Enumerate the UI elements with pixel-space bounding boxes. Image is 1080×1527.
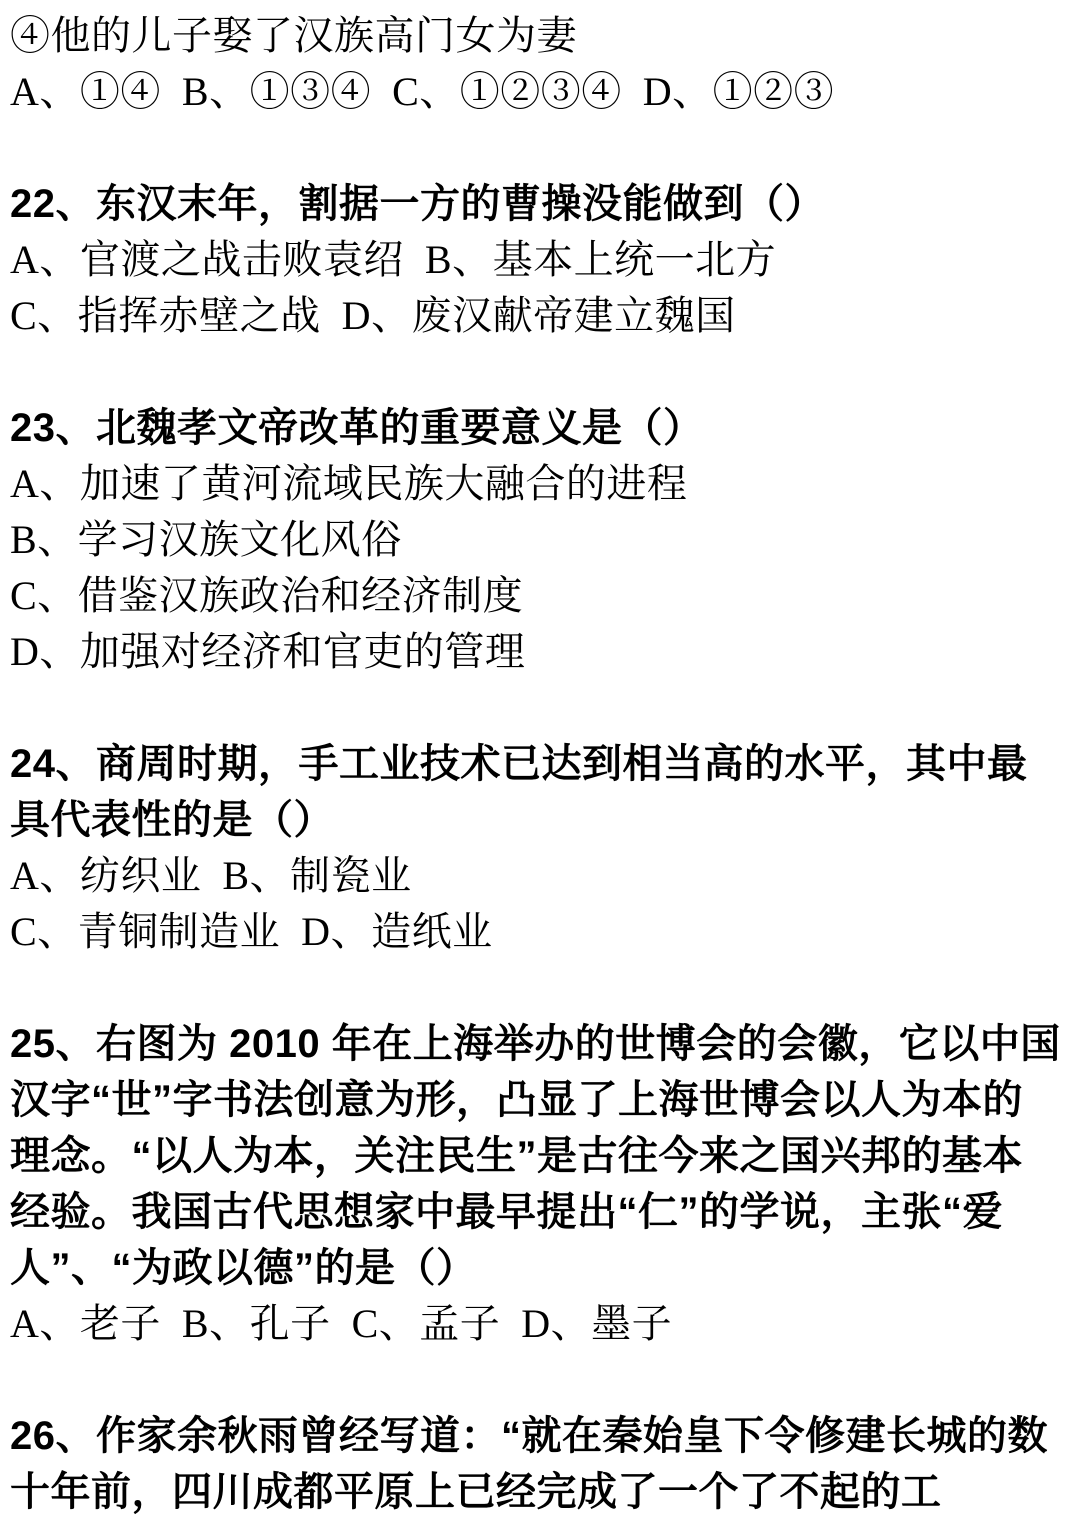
question-stem-line: ④他的儿子娶了汉族高门女为妻 — [10, 8, 1074, 64]
question-stem-line: 人”、“为政以德”的是（） — [10, 1240, 1074, 1296]
question-stem-line: 23、北魏孝文帝改革的重要意义是（） — [10, 400, 1074, 456]
question-26: 26、作家余秋雨曾经写道：“就在秦始皇下令修建长城的数 十年前，四川成都平原上已… — [10, 1408, 1074, 1520]
question-23: 23、北魏孝文帝改革的重要意义是（） A、加速了黄河流域民族大融合的进程 B、学… — [10, 400, 1074, 680]
question-stem-line: 25、右图为 2010 年在上海举办的世博会的会徽，它以中国 — [10, 1016, 1074, 1072]
question-21-tail: ④他的儿子娶了汉族高门女为妻 A、①④ B、①③④ C、①②③④ D、①②③ — [10, 8, 1074, 120]
question-options-line: A、①④ B、①③④ C、①②③④ D、①②③ — [10, 64, 1074, 120]
exam-document: ④他的儿子娶了汉族高门女为妻 A、①④ B、①③④ C、①②③④ D、①②③ 2… — [10, 8, 1074, 1520]
question-25: 25、右图为 2010 年在上海举办的世博会的会徽，它以中国 汉字“世”字书法创… — [10, 1016, 1074, 1352]
question-options-line: A、官渡之战击败袁绍 B、基本上统一北方 — [10, 232, 1074, 288]
question-options-line: A、纺织业 B、制瓷业 — [10, 848, 1074, 904]
question-option-c: C、借鉴汉族政治和经济制度 — [10, 568, 1074, 624]
question-stem-line: 24、商周时期，手工业技术已达到相当高的水平，其中最 — [10, 736, 1074, 792]
question-option-a: A、加速了黄河流域民族大融合的进程 — [10, 456, 1074, 512]
question-option-b: B、学习汉族文化风俗 — [10, 512, 1074, 568]
question-stem-line: 经验。我国古代思想家中最早提出“仁”的学说，主张“爱 — [10, 1184, 1074, 1240]
question-stem-line: 理念。“以人为本，关注民生”是古往今来之国兴邦的基本 — [10, 1128, 1074, 1184]
question-22: 22、东汉末年，割据一方的曹操没能做到（） A、官渡之战击败袁绍 B、基本上统一… — [10, 176, 1074, 344]
question-stem-line: 22、东汉末年，割据一方的曹操没能做到（） — [10, 176, 1074, 232]
question-options-line: A、老子 B、孔子 C、孟子 D、墨子 — [10, 1296, 1074, 1352]
question-stem-line: 具代表性的是（） — [10, 792, 1074, 848]
question-stem-line: 汉字“世”字书法创意为形，凸显了上海世博会以人为本的 — [10, 1072, 1074, 1128]
question-stem-line: 十年前，四川成都平原上已经完成了一个了不起的工 — [10, 1464, 1074, 1520]
question-options-line: C、指挥赤壁之战 D、废汉献帝建立魏国 — [10, 288, 1074, 344]
question-24: 24、商周时期，手工业技术已达到相当高的水平，其中最 具代表性的是（） A、纺织… — [10, 736, 1074, 960]
question-stem-line: 26、作家余秋雨曾经写道：“就在秦始皇下令修建长城的数 — [10, 1408, 1074, 1464]
question-options-line: C、青铜制造业 D、造纸业 — [10, 904, 1074, 960]
question-option-d: D、加强对经济和官吏的管理 — [10, 624, 1074, 680]
